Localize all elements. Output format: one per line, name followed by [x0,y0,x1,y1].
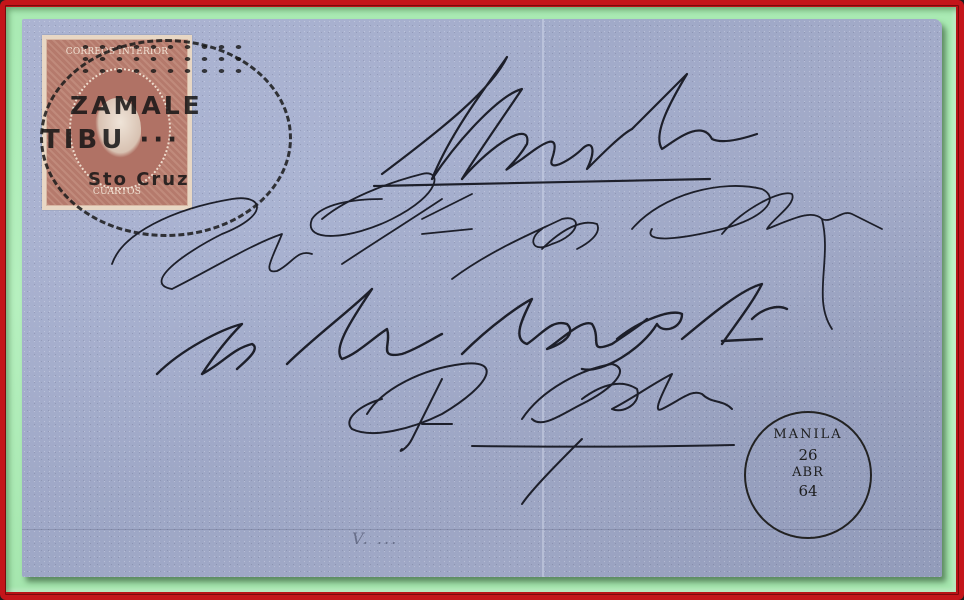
manila-circular-datestamp: MANILA 26 ABR 64 [744,411,872,539]
postal-cover: CORREOS INTERIOR CUARTOS ZAMALE TIBU ···… [22,19,942,577]
postmark-month: ABR [746,465,870,481]
handwriting-de-la-vega [157,284,787,374]
postmark-city: MANILA [746,427,870,443]
handwriting-st-gabriel [349,363,734,504]
pencil-annotation: V. ... [352,529,398,548]
handwriting-recipient [112,173,882,329]
handwriting-manila [374,57,757,186]
postmark-day: 26 [746,447,870,463]
postmark-year: 64 [746,483,870,499]
